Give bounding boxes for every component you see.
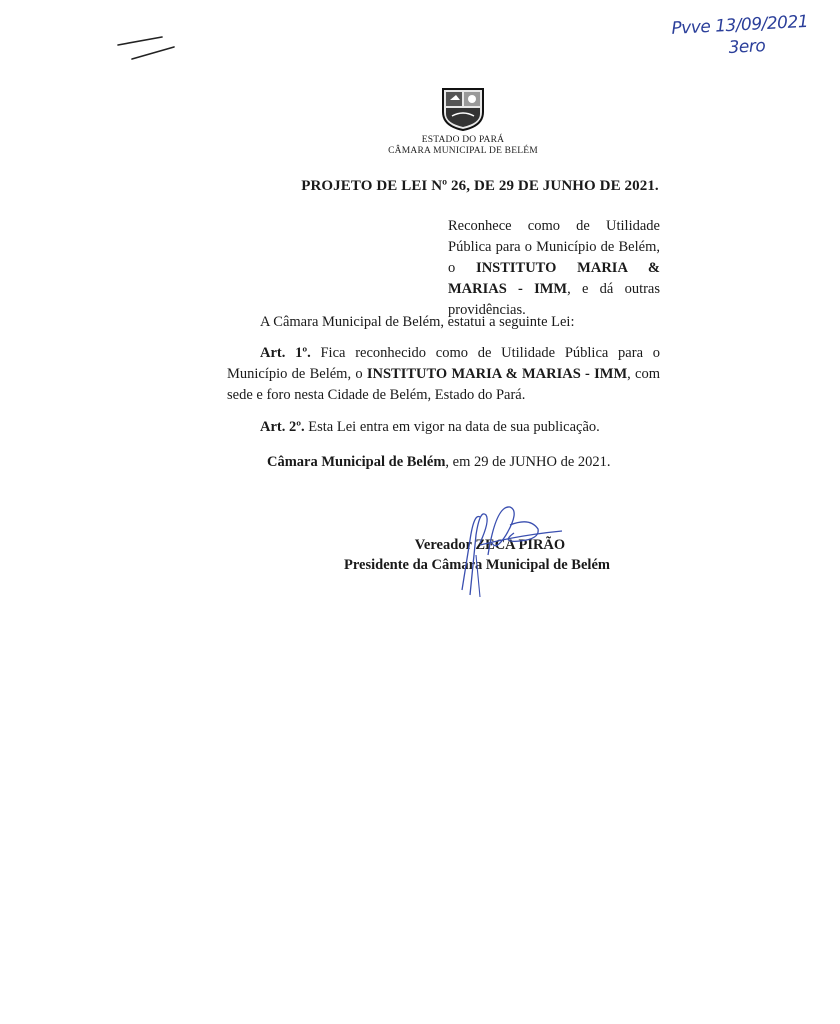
closing-line: Câmara Municipal de Belém, em 29 de JUNH… bbox=[267, 452, 611, 473]
article-2-text: Esta Lei entra em vigor na data de sua p… bbox=[305, 419, 600, 435]
article-2-label: Art. 2º. bbox=[260, 419, 305, 435]
article-2: Art. 2º. Esta Lei entra em vigor na data… bbox=[260, 417, 600, 438]
coat-of-arms-icon bbox=[440, 86, 486, 132]
pen-strokes-mark bbox=[112, 33, 182, 65]
article-1: Art. 1º. Fica reconhecido como de Utilid… bbox=[227, 343, 660, 406]
council-name: CÂMARA MUNICIPAL DE BELÉM bbox=[300, 146, 626, 156]
handwritten-note: Pvve 13/09/2021 3ero bbox=[671, 10, 823, 62]
ementa: Reconhece como de Utilidade Pública para… bbox=[448, 216, 660, 321]
handwritten-note-line2: 3ero bbox=[728, 32, 823, 59]
document-title: PROJETO DE LEI Nº 26, DE 29 DE JUNHO DE … bbox=[230, 178, 730, 195]
document-page: Pvve 13/09/2021 3ero ESTADO DO PARÁ CÂMA… bbox=[0, 0, 840, 1024]
closing-date: , em 29 de JUNHO de 2021. bbox=[445, 454, 610, 470]
signatory-role: Presidente da Câmara Municipal de Belém bbox=[267, 557, 687, 574]
closing-place: Câmara Municipal de Belém bbox=[267, 454, 445, 470]
state-name: ESTADO DO PARÁ bbox=[300, 135, 626, 145]
article-1-institute-name: INSTITUTO MARIA & MARIAS - IMM bbox=[367, 366, 627, 382]
article-1-label: Art. 1º. bbox=[260, 345, 311, 361]
signatory-name: Vereador ZECA PIRÃO bbox=[300, 537, 680, 554]
intro-paragraph: A Câmara Municipal de Belém, estatui a s… bbox=[260, 312, 574, 333]
